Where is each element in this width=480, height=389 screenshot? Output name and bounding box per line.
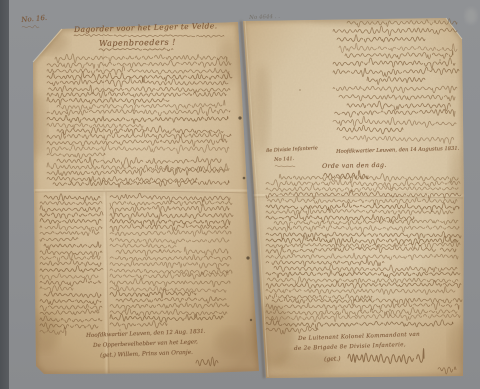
document-number: No 141. xyxy=(274,156,294,163)
document-scan-scene: No 4644 . . No. 16. Dagorder voor het Le… xyxy=(0,0,480,389)
background-smudge xyxy=(465,8,477,24)
order-heading: Orde van den dag. xyxy=(322,162,387,170)
handwritten-line xyxy=(22,25,39,28)
right-signature-get: (get.) xyxy=(324,355,341,363)
document-subtitle: Wapenbroeders ! xyxy=(99,38,176,48)
pencil-archive-number: No 4644 . . xyxy=(249,14,280,21)
manuscript-spread xyxy=(0,0,480,389)
